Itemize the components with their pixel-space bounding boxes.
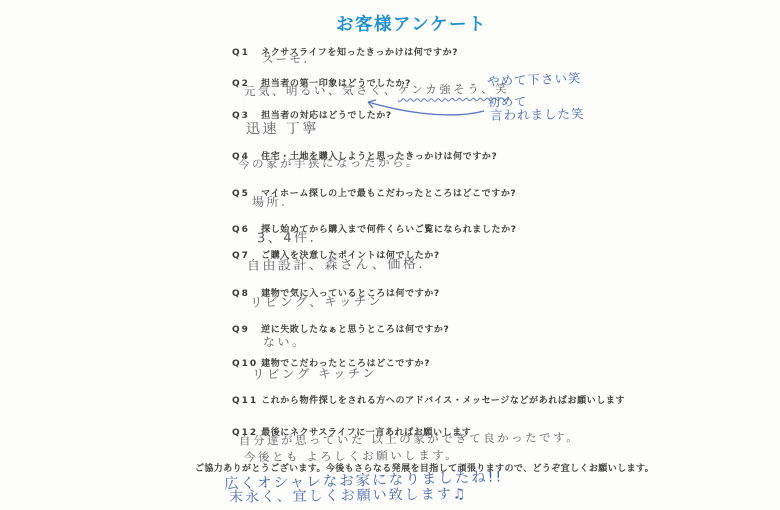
answer-q7: 自由設計、森さん、価格. (247, 253, 425, 274)
question-q11-label: Q11 (232, 396, 256, 406)
question-q9-label: Q9 (232, 325, 256, 335)
page-title: お客様アンケート (336, 11, 487, 36)
answer-q4: 今の家が手狭になったから。 (238, 154, 420, 172)
answer-q12-line1: 自分達が思っていた 以上の家ができて良かったです。 (239, 429, 580, 449)
staff-side-note-line3: 言われました笑 (490, 104, 585, 124)
answer-q8: リビング、キッチン (250, 291, 384, 310)
staff-bottom-note-line2: 末永く、宜しくお願い致します♫ (229, 483, 468, 506)
question-q1-label: Q1 (232, 48, 256, 58)
answer-q10: リビング キッチン (252, 363, 378, 382)
answer-q1: スーモ. (262, 51, 310, 67)
answer-q5: 場所. (252, 193, 288, 210)
question-q5-text: マイホーム探しの上で最もこだわったところはどこですか? (261, 189, 516, 199)
answer-q9: ない。 (263, 333, 307, 350)
questionnaire-page: お客様アンケート Q1 ネクサスライフを知ったきっかけは何ですか? スーモ. Q… (0, 0, 780, 510)
question-q11-text: これから物件探しをされる方へのアドバイス・メッセージなどがあればお願いします (261, 396, 625, 406)
question-q6-label: Q6 (232, 225, 256, 235)
staff-side-note-line1: やめて下さい笑 (487, 68, 582, 89)
answer-q3: 迅速 丁寧 (246, 118, 319, 139)
question-q11: Q11 これから物件探しをされる方へのアドバイス・メッセージなどがあればお願いし… (232, 388, 625, 407)
